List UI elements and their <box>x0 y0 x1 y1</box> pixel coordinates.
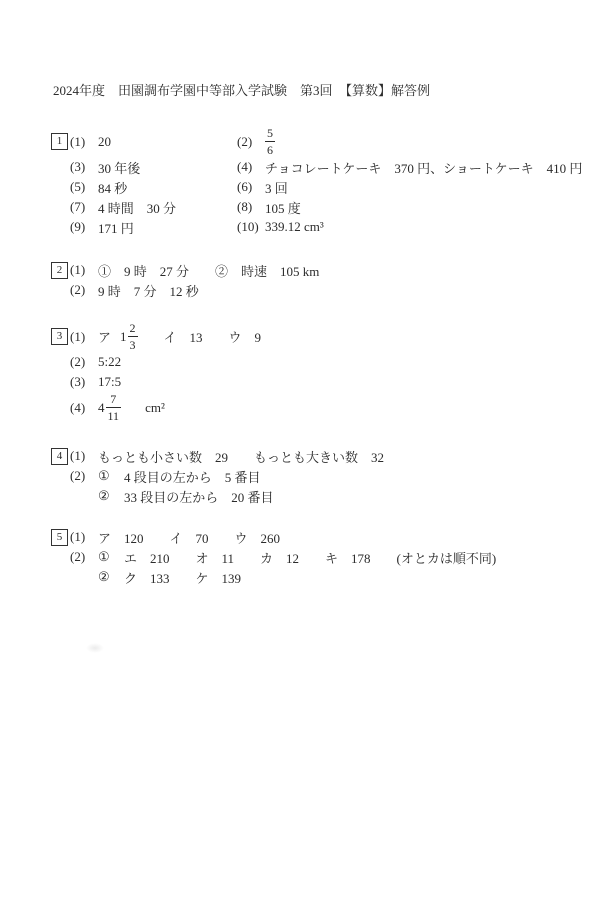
answer-value: 30 年後 <box>98 158 140 177</box>
section-number-badge: 4 <box>51 448 68 465</box>
answer-label: (2) <box>70 468 98 484</box>
answer-cell: (7) 4 時間 30 分 <box>70 198 237 217</box>
answer-row: ② 33 段目の左から 20 番目 <box>70 486 600 506</box>
section-4: 4 (1) もっとも小さい数 29 もっとも大きい数 32 (2) ① 4 段目… <box>51 446 600 506</box>
fraction: 7 11 <box>106 393 122 422</box>
fraction-numerator: 5 <box>265 127 275 141</box>
answer-label: (2) <box>70 354 98 370</box>
section-1: 1 (1) 20 (2) 5 6 (3) 30 年後 <box>51 126 600 237</box>
answer-label: (2) <box>70 549 98 565</box>
answer-label: (8) <box>237 199 265 215</box>
fraction-numerator: 7 <box>108 393 118 407</box>
fraction-denominator: 6 <box>265 141 275 156</box>
answer-label: (1) <box>70 134 98 150</box>
answer-row: (1) ① 9 時 27 分 ② 時速 105 km <box>70 260 600 280</box>
section-3-rows: (1) ア 1 2 3 イ 13 ウ 9 (2) 5:22 (3) 17:5 <box>70 321 600 423</box>
answer-label: (4) <box>237 159 265 175</box>
section-number-badge: 1 <box>51 133 68 150</box>
answer-label: (3) <box>70 374 98 390</box>
answer-cell: (9) 171 円 <box>70 218 237 237</box>
circled-number-marker: ② <box>98 488 124 504</box>
answer-cell: (3) 30 年後 <box>70 158 237 177</box>
answer-row: (7) 4 時間 30 分 (8) 105 度 <box>70 197 600 217</box>
answer-value: 4 時間 30 分 <box>98 198 176 217</box>
answer-value: 105 度 <box>265 198 301 217</box>
answer-value: ク 133 ケ 139 <box>124 568 241 587</box>
answer-value: 20 <box>98 134 111 150</box>
answer-value: もっとも小さい数 29 もっとも大きい数 32 <box>98 447 384 466</box>
mixed-number: 1 2 3 <box>120 322 138 351</box>
section-number-badge: 2 <box>51 262 68 279</box>
fraction-denominator: 3 <box>128 336 138 351</box>
answer-item-marker: ア <box>98 327 111 346</box>
fraction-denominator: 11 <box>106 407 122 422</box>
section-number-badge: 5 <box>51 529 68 546</box>
section-2: 2 (1) ① 9 時 27 分 ② 時速 105 km (2) 9 時 7 分… <box>51 260 600 300</box>
answer-label: (1) <box>70 529 98 545</box>
section-4-rows: (1) もっとも小さい数 29 もっとも大きい数 32 (2) ① 4 段目の左… <box>70 446 600 506</box>
answer-row: (1) もっとも小さい数 29 もっとも大きい数 32 <box>70 446 600 466</box>
answer-value: 17:5 <box>98 374 121 390</box>
answer-value: イ 13 ウ 9 <box>164 327 262 346</box>
answer-label: (5) <box>70 179 98 195</box>
section-3: 3 (1) ア 1 2 3 イ 13 ウ 9 (2) 5:22 (3) <box>51 321 600 423</box>
answer-row: (5) 84 秒 (6) 3 回 <box>70 177 600 197</box>
answer-label: (7) <box>70 199 98 215</box>
answer-label: (3) <box>70 159 98 175</box>
answer-label: (10) <box>237 219 265 235</box>
answer-row: (2) 9 時 7 分 12 秒 <box>70 280 600 300</box>
fraction: 5 6 <box>265 127 275 156</box>
answer-label: (6) <box>237 179 265 195</box>
answer-value: 3 回 <box>265 178 288 197</box>
answer-row: (2) ① 4 段目の左から 5 番目 <box>70 466 600 486</box>
answer-cell: (1) 20 <box>70 134 237 150</box>
page-title: 2024年度 田園調布学園中等部入学試験 第3回 【算数】解答例 <box>53 0 600 100</box>
fraction: 2 3 <box>128 322 138 351</box>
answer-value: 339.12 cm³ <box>265 219 324 235</box>
section-5-rows: (1) ア 120 イ 70 ウ 260 (2) ① エ 210 オ 11 カ … <box>70 527 600 587</box>
answer-value: ア 120 イ 70 ウ 260 <box>98 528 280 547</box>
mixed-number: 4 7 11 <box>98 393 121 422</box>
circled-number-marker: ① <box>98 468 124 484</box>
answer-label: (1) <box>70 448 98 464</box>
answer-value: 5:22 <box>98 354 121 370</box>
answer-row: (2) 5:22 <box>70 352 600 372</box>
answer-row: (9) 171 円 (10) 339.12 cm³ <box>70 217 600 237</box>
answer-value: 33 段目の左から 20 番目 <box>124 487 274 506</box>
answer-label: (2) <box>237 134 265 150</box>
answer-label: (2) <box>70 282 98 298</box>
circled-number-marker: ② <box>98 569 124 585</box>
answer-row: (3) 30 年後 (4) チョコレートケーキ 370 円、ショートケーキ 41… <box>70 157 600 177</box>
answer-row: (1) ア 1 2 3 イ 13 ウ 9 <box>70 321 600 352</box>
answer-cell: (5) 84 秒 <box>70 178 237 197</box>
circled-number-marker: ① <box>98 549 124 565</box>
answer-value: 171 円 <box>98 218 134 237</box>
answer-cell: (4) チョコレートケーキ 370 円、ショートケーキ 410 円 <box>237 158 582 177</box>
answer-row: (1) ア 120 イ 70 ウ 260 <box>70 527 600 547</box>
answer-value: 4 段目の左から 5 番目 <box>124 467 261 486</box>
answer-value: ① 9 時 27 分 ② 時速 105 km <box>98 261 319 280</box>
answer-label: (9) <box>70 219 98 235</box>
answer-value: チョコレートケーキ 370 円、ショートケーキ 410 円 <box>265 158 582 177</box>
answer-value: エ 210 オ 11 カ 12 キ 178 (オとカは順不同) <box>124 548 496 567</box>
section-5: 5 (1) ア 120 イ 70 ウ 260 (2) ① エ 210 オ 11 … <box>51 527 600 587</box>
answer-cell: (2) 5 6 <box>237 127 275 156</box>
answer-label: (4) <box>70 400 98 416</box>
fraction-numerator: 2 <box>128 322 138 336</box>
section-1-rows: (1) 20 (2) 5 6 (3) 30 年後 (4) <box>70 126 600 237</box>
section-number-badge: 3 <box>51 328 68 345</box>
answer-label: (1) <box>70 329 98 345</box>
answer-row: ② ク 133 ケ 139 <box>70 567 600 587</box>
answer-cell: (8) 105 度 <box>237 198 301 217</box>
answer-label: (1) <box>70 262 98 278</box>
answer-value: 84 秒 <box>98 178 127 197</box>
answer-row: (4) 4 7 11 cm² <box>70 392 600 423</box>
document-page: 2024年度 田園調布学園中等部入学試験 第3回 【算数】解答例 1 (1) 2… <box>0 0 600 900</box>
answer-row: (2) ① エ 210 オ 11 カ 12 キ 178 (オとカは順不同) <box>70 547 600 567</box>
answer-row: (1) 20 (2) 5 6 <box>70 126 600 157</box>
answer-value: 9 時 7 分 12 秒 <box>98 281 199 300</box>
scan-artifact <box>86 643 104 653</box>
answer-cell: (6) 3 回 <box>237 178 288 197</box>
answer-unit: cm² <box>145 400 165 416</box>
section-2-rows: (1) ① 9 時 27 分 ② 時速 105 km (2) 9 時 7 分 1… <box>70 260 600 300</box>
answer-row: (3) 17:5 <box>70 372 600 392</box>
mixed-number-whole: 4 <box>98 400 105 416</box>
answer-cell: (10) 339.12 cm³ <box>237 219 324 235</box>
mixed-number-whole: 1 <box>120 329 127 345</box>
